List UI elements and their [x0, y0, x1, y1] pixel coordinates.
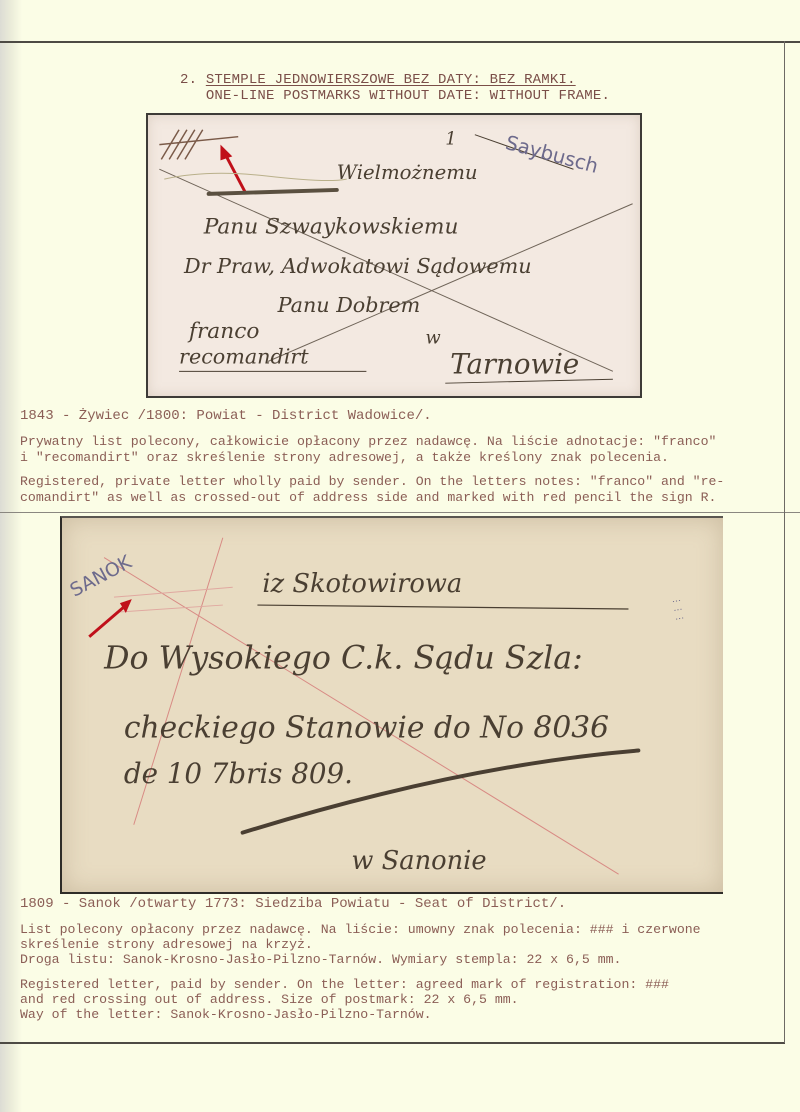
svg-text:de 10 7bris 809.: de 10 7bris 809. — [124, 757, 353, 790]
postmark-saybusch: Saybusch — [503, 131, 601, 178]
page-edge-shadow — [0, 0, 22, 1112]
svg-text:w Sanonie: w Sanonie — [351, 846, 486, 876]
svg-text:Panu Szwaykowskiemu: Panu Szwaykowskiemu — [203, 214, 459, 239]
red-arrow-icon — [89, 607, 124, 637]
item-2-polish-line-1: List polecony opłacony przez nadawcę. Na… — [20, 922, 701, 937]
top-rule — [0, 41, 800, 43]
svg-text:w: w — [426, 329, 441, 349]
item-1-english-line-1: Registered, private letter wholly paid b… — [20, 474, 724, 489]
item-2-polish-line-3: Droga listu: Sanok-Krosno-Jasło-Pilzno-T… — [20, 952, 621, 967]
svg-text:1: 1 — [445, 130, 456, 150]
letter-sanok-drawing: SANOK iz Skotowirowa Do Wysokiego C.k. S… — [62, 518, 723, 892]
svg-text:Do Wysokiego C.k. Sądu Szla:: Do Wysokiego C.k. Sądu Szla: — [103, 640, 583, 676]
svg-text:⋮⋮⋮: ⋮⋮⋮ — [670, 596, 684, 624]
middle-rule — [0, 512, 800, 513]
item-2-english-line-1: Registered letter, paid by sender. On th… — [20, 977, 669, 992]
letter-image-sanok: SANOK iz Skotowirowa Do Wysokiego C.k. S… — [60, 516, 723, 894]
letter-image-zywiec: Saybusch 1 Wielmożnemu Panu Szwaykowskie… — [146, 113, 642, 398]
heading-polish: STEMPLE JEDNOWIERSZOWE BEZ DATY: BEZ RAM… — [206, 72, 576, 88]
svg-text:franco: franco — [187, 319, 260, 344]
section-heading: 2. STEMPLE JEDNOWIERSZOWE BEZ DATY: BEZ … — [180, 72, 610, 104]
item-1-title: 1843 - Żywiec /1800: Powiat - District W… — [20, 409, 432, 424]
section-number: 2. — [180, 72, 197, 88]
svg-text:Dr Praw, Adwokatowi Sądowemu: Dr Praw, Adwokatowi Sądowemu — [183, 254, 532, 278]
postmark-sanok: SANOK — [67, 552, 136, 602]
item-1-polish-line-1: Prywatny list polecony, całkowicie opłac… — [20, 434, 716, 449]
svg-text:iz Skotowirowa: iz Skotowirowa — [262, 569, 462, 599]
item-2-english-line-2: and red crossing out of address. Size of… — [20, 992, 519, 1007]
item-2-title: 1809 - Sanok /otwarty 1773: Siedziba Pow… — [20, 897, 566, 912]
red-arrowhead-icon — [220, 145, 232, 161]
svg-text:Panu Dobrem: Panu Dobrem — [277, 293, 421, 317]
svg-text:recomandirt: recomandirt — [179, 344, 309, 368]
svg-text:checkiego Stanowie do No 8036: checkiego Stanowie do No 8036 — [124, 710, 609, 745]
item-2-english-line-3: Way of the letter: Sanok-Krosno-Jasło-Pi… — [20, 1007, 432, 1022]
heading-english: ONE-LINE POSTMARKS WITHOUT DATE: WITHOUT… — [206, 88, 610, 104]
svg-text:Tarnowie: Tarnowie — [450, 347, 579, 380]
item-1-polish-line-2: i "recomandirt" oraz skreślenie strony a… — [20, 450, 669, 465]
bottom-rule — [0, 1042, 785, 1044]
red-arrow-icon — [226, 156, 246, 193]
item-2-polish-line-2: skreślenie strony adresowej na krzyż. — [20, 937, 313, 952]
item-1-english-line-2: comandirt" as well as crossed-out of add… — [20, 490, 716, 505]
svg-text:Wielmożnemu: Wielmożnemu — [337, 161, 478, 184]
letter-zywiec-drawing: Saybusch 1 Wielmożnemu Panu Szwaykowskie… — [148, 115, 640, 396]
right-border-rule — [784, 41, 785, 1043]
